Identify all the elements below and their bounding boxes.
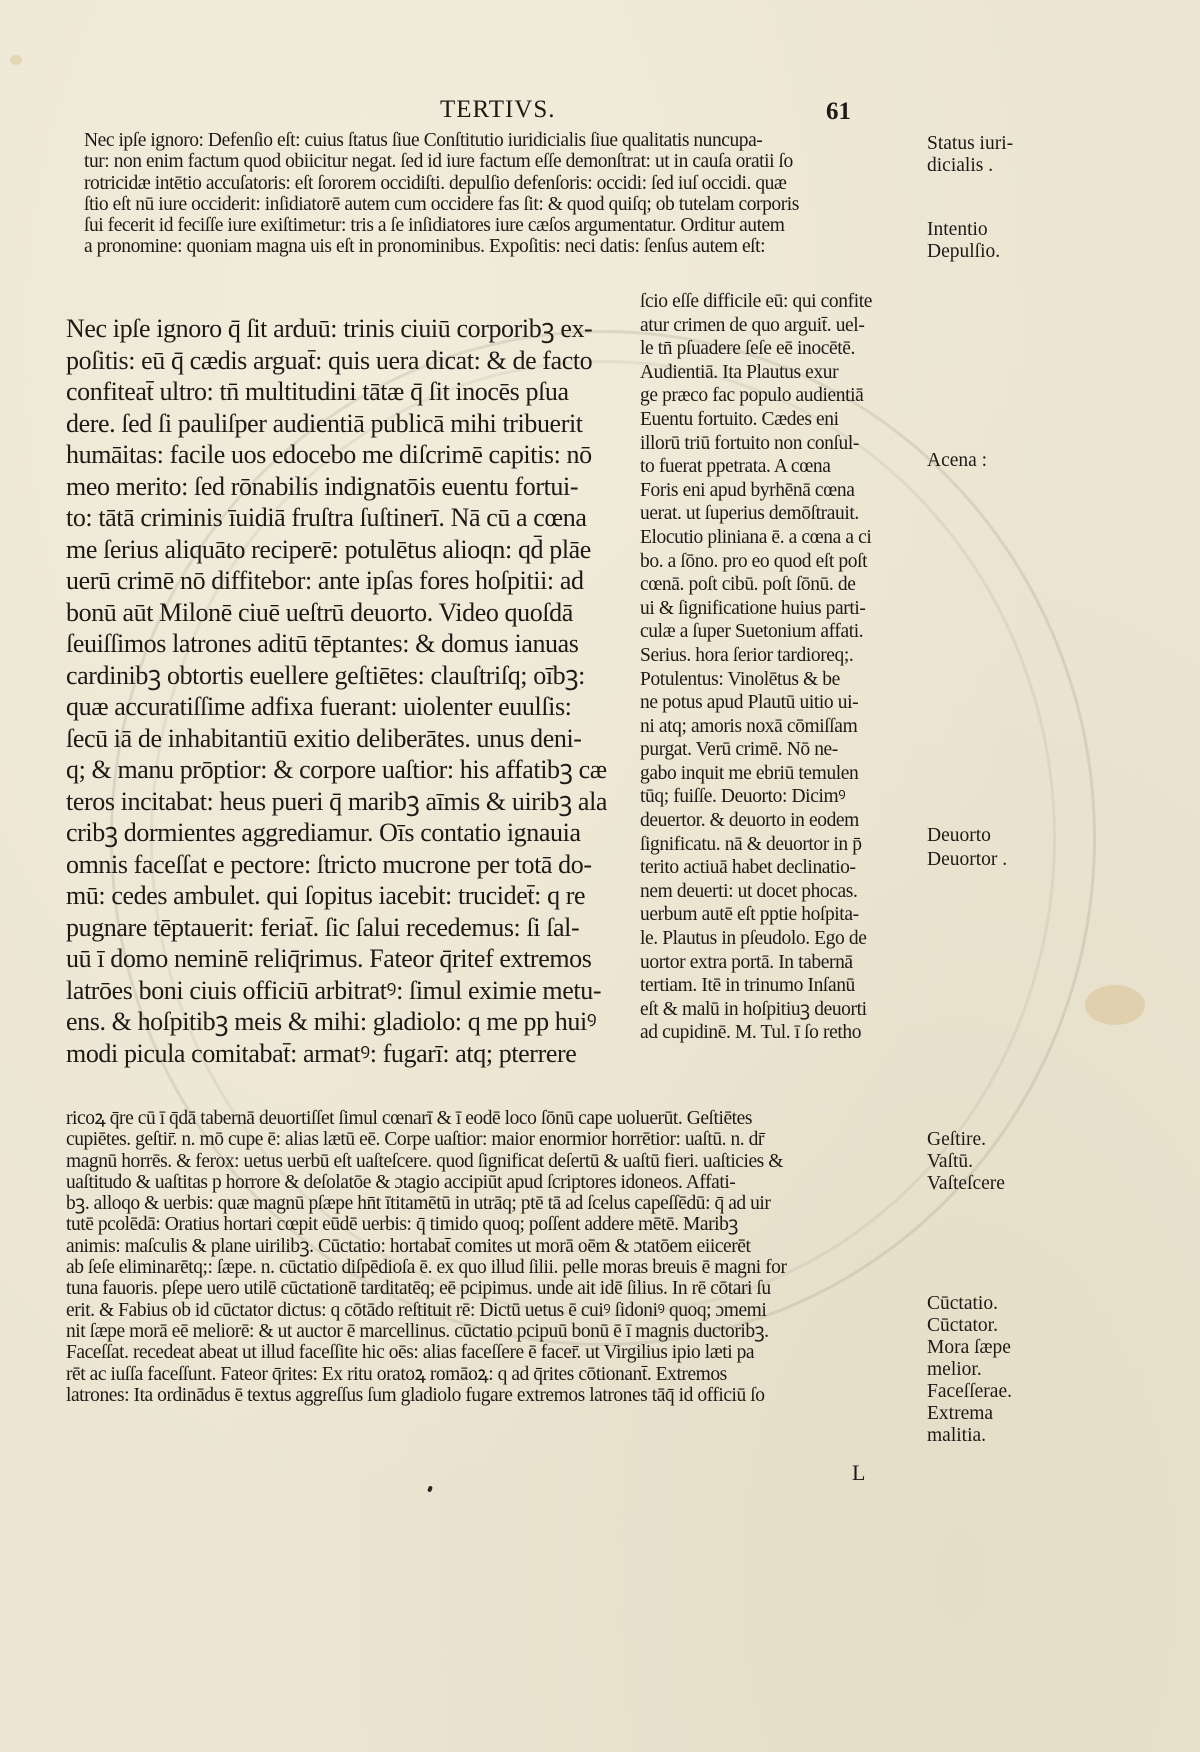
text-line: le. Plautus in pſeudolo. Ego de: [640, 927, 920, 951]
commentary-top: Nec ipſe ignoro: Defenſio eſt: cuius ſta…: [84, 130, 884, 258]
text-line: ens. & hoſpitibꝫ meis & mihi: gladiolo: …: [66, 1006, 636, 1038]
margin-note: melior.: [927, 1359, 982, 1381]
text-line: uerū crimē nō diffitebor: ante ipſas for…: [66, 565, 636, 597]
text-line: purgat. Verū crimē. Nō ne-: [640, 738, 920, 762]
commentary-bottom: ricoꝝ q̄re cū ī q̄dā tabernā deuortiſſet…: [66, 1108, 926, 1406]
text-line: ui & ſignificatione huius parti-: [640, 597, 920, 621]
text-line: mū: cedes ambulet. qui ſopitus iacebit: …: [66, 880, 636, 912]
text-line: modi picula comitabat̄: armatꝰ: fugarī: …: [66, 1038, 636, 1070]
text-line: uerbum autē eſt pptie hoſpita-: [640, 903, 920, 927]
text-line: rotricidæ intētio accuſatoris: eſt ſoror…: [84, 173, 884, 194]
margin-notes: Status iuri-dicialis .IntentioDepulſio.A…: [927, 0, 1077, 1500]
text-line: uerat. ut ſuperius demōſtrauit.: [640, 502, 920, 526]
text-line: nem deuerti: ut docet phocas.: [640, 880, 920, 904]
text-line: bo. a ſōno. pro eo quod eſt poſt: [640, 550, 920, 574]
text-line: eſt & malū in hoſpitiuꝫ deuorti: [640, 998, 920, 1022]
text-line: Elocutio pliniana ē. a cœna a ci: [640, 526, 920, 550]
text-line: culæ a ſuper Suetonium affati.: [640, 620, 920, 644]
margin-note: Extrema: [927, 1403, 993, 1425]
text-line: cribꝫ dormientes aggrediamur. Oīs contat…: [66, 817, 636, 849]
text-line: Potulentus: Vinolētus & be: [640, 668, 920, 692]
text-line: ricoꝝ q̄re cū ī q̄dā tabernā deuortiſſet…: [66, 1108, 926, 1129]
text-line: q; & manu prōptior: & corpore uaſtior: h…: [66, 754, 636, 786]
margin-note: Depulſio.: [927, 241, 1000, 263]
text-line: humāitas: facile uos edocebo me diſcrimē…: [66, 439, 636, 471]
margin-note: Faceſſerae.: [927, 1381, 1012, 1403]
text-line: bonū aūt Milonē ciuē ueſtrū deuorto. Vid…: [66, 597, 636, 629]
text-line: to fuerat ppetrata. A cœna: [640, 455, 920, 479]
text-line: ſecū iā de inhabitantiū exitio deliberāt…: [66, 723, 636, 755]
text-line: pugnare tēptauerit: feriat̄. ſic ſalui r…: [66, 912, 636, 944]
text-line: cœnā. poſt cibū. poſt ſōnū. de: [640, 573, 920, 597]
margin-note: Vaſteſcere: [927, 1173, 1005, 1195]
text-line: cupiētes. geſtir̄. n. mō cupe ē: alias l…: [66, 1129, 926, 1150]
text-line: latrōes boni ciuis officiū arbitratꝰ: ſi…: [66, 975, 636, 1007]
margin-note: Deuorto: [927, 825, 991, 847]
text-line: uortor extra portā. In tabernā: [640, 951, 920, 975]
text-line: terito actiuā habet declinatio-: [640, 856, 920, 880]
text-line: me ſerius aliquāto reciperē: potulētus a…: [66, 534, 636, 566]
text-line: tuna fauoris. pſepe uero utilē cūctation…: [66, 1278, 926, 1299]
text-line: bꝫ. alloqo & uerbis: quæ magnū pſæpe hn̄…: [66, 1193, 926, 1214]
text-line: nit ſæpe morā eē meliorē: & ut auctor ē …: [66, 1321, 926, 1342]
text-line: ni atq; amoris noxā cōmiſſam: [640, 715, 920, 739]
text-line: to: tātā criminis īuidiā fruſtra ſuſtine…: [66, 502, 636, 534]
margin-note: Geſtire.: [927, 1129, 986, 1151]
margin-note: Vaſtū.: [927, 1151, 973, 1173]
signature-mark: L: [852, 1460, 865, 1486]
text-line: tertiam. Itē in trinumo Inſanū: [640, 974, 920, 998]
text-line: teros incitabat: heus pueri q̄ maribꝫ aī…: [66, 786, 636, 818]
text-line: latrones: Ita ordinādus ē textus aggreſſ…: [66, 1385, 926, 1406]
text-line: ſui fecerit id feciſſe iure exiſtimetur:…: [84, 215, 884, 236]
margin-note: malitia.: [927, 1425, 986, 1447]
text-line: ſtio eſt nū iure occiderit: inſidiatorē …: [84, 194, 884, 215]
text-line: dere. ſed ſi pauliſper audientiā publicā…: [66, 408, 636, 440]
foxing-stain: [10, 55, 22, 65]
text-line: Audientiā. Ita Plautus exur: [640, 361, 920, 385]
text-line: uaſtitudo & uaſtitas p horrore & deſolat…: [66, 1172, 926, 1193]
text-line: le tn̄ pſuadere ſeſe eē inocētē.: [640, 337, 920, 361]
text-line: Euentu fortuito. Cædes eni: [640, 408, 920, 432]
text-line: tutē pcolēdā: Oratius hortari cœpit eūdē…: [66, 1214, 926, 1235]
text-line: Nec ipſe ignoro q̄ ſit arduū: trinis ciu…: [66, 313, 636, 345]
text-line: Nec ipſe ignoro: Defenſio eſt: cuius ſta…: [84, 130, 884, 151]
text-line: ad cupidinē. M. Tul. ī ſo retho: [640, 1021, 920, 1045]
text-line: atur crimen de quo arguit̄. uel-: [640, 314, 920, 338]
text-line: deuertor. & deuorto in eodem: [640, 809, 920, 833]
text-line: rēt ac iuſſa faceſſunt. Fateor q̄rites: …: [66, 1364, 926, 1385]
main-text-column: Nec ipſe ignoro q̄ ſit arduū: trinis ciu…: [66, 313, 636, 1069]
text-line: ab ſeſe eliminarētq;: ſæpe. n. cūctatio …: [66, 1257, 926, 1278]
running-head: TERTIVS.: [440, 96, 556, 124]
text-line: illorū triū fortuito non conſul-: [640, 432, 920, 456]
text-line: ſeuiſſimos latrones aditū tēptantes: & d…: [66, 628, 636, 660]
text-line: ſignificatu. nā & deuortor in p̄: [640, 833, 920, 857]
text-line: erit. & Fabius ob id cūctator dictus: q …: [66, 1300, 926, 1321]
text-line: gabo inquit me ebriū temulen: [640, 762, 920, 786]
text-line: a pronomine: quoniam magna uis eſt in pr…: [84, 236, 884, 257]
folio-number: 61: [826, 98, 851, 126]
margin-note: dicialis .: [927, 155, 993, 177]
text-line: Faceſſat. recedeat abeat ut illud faceſſ…: [66, 1342, 926, 1363]
text-line: tūq; fuiſſe. Deuorto: Dicimꝰ: [640, 785, 920, 809]
margin-note: Mora ſæpe: [927, 1337, 1011, 1359]
text-line: animis: maſculis & plane uirilibꝫ. Cūcta…: [66, 1236, 926, 1257]
margin-note: Acena :: [927, 450, 987, 472]
book-page: TERTIVS. 61 Nec ipſe ignoro: Defenſio eſ…: [0, 0, 1200, 1752]
text-line: magnū horrēs. & ferox: uetus uerbū eſt u…: [66, 1151, 926, 1172]
text-line: quæ accuratiſſime adfixa fuerant: uiolen…: [66, 691, 636, 723]
margin-note: Deuortor .: [927, 849, 1007, 871]
text-line: cardinibꝫ obtortis euellere geſtiētes: c…: [66, 660, 636, 692]
margin-note: Intentio: [927, 219, 988, 241]
text-line: Foris eni apud byrhēnā cœna: [640, 479, 920, 503]
foxing-stain: [1085, 985, 1145, 1025]
text-line: confiteat̄ ultro: tn̄ multitudini tātæ q…: [66, 376, 636, 408]
text-line: ge præco fac populo audientiā: [640, 384, 920, 408]
text-line: Serius. hora ſerior tardioreq;.: [640, 644, 920, 668]
margin-note: Cūctatio.: [927, 1293, 998, 1315]
side-commentary-column: ſcio eſſe difficile eū: qui confiteatur …: [640, 290, 920, 1045]
text-line: meo merito: ſed rōnabilis indignatōis eu…: [66, 471, 636, 503]
text-line: omnis faceſſat e pectore: ſtricto mucron…: [66, 849, 636, 881]
text-line: ſcio eſſe difficile eū: qui confite: [640, 290, 920, 314]
text-line: poſitis: eū q̄ cædis arguat̄: quis uera …: [66, 345, 636, 377]
text-line: uū ī domo neminē reliq̄rimus. Fateor q̄r…: [66, 943, 636, 975]
margin-note: Cūctator.: [927, 1315, 998, 1337]
text-line: tur: non enim factum quod obiicitur nega…: [84, 151, 884, 172]
ink-speck: [427, 1485, 433, 1492]
text-line: ne potus apud Plautū uitio ui-: [640, 691, 920, 715]
margin-note: Status iuri-: [927, 133, 1013, 155]
